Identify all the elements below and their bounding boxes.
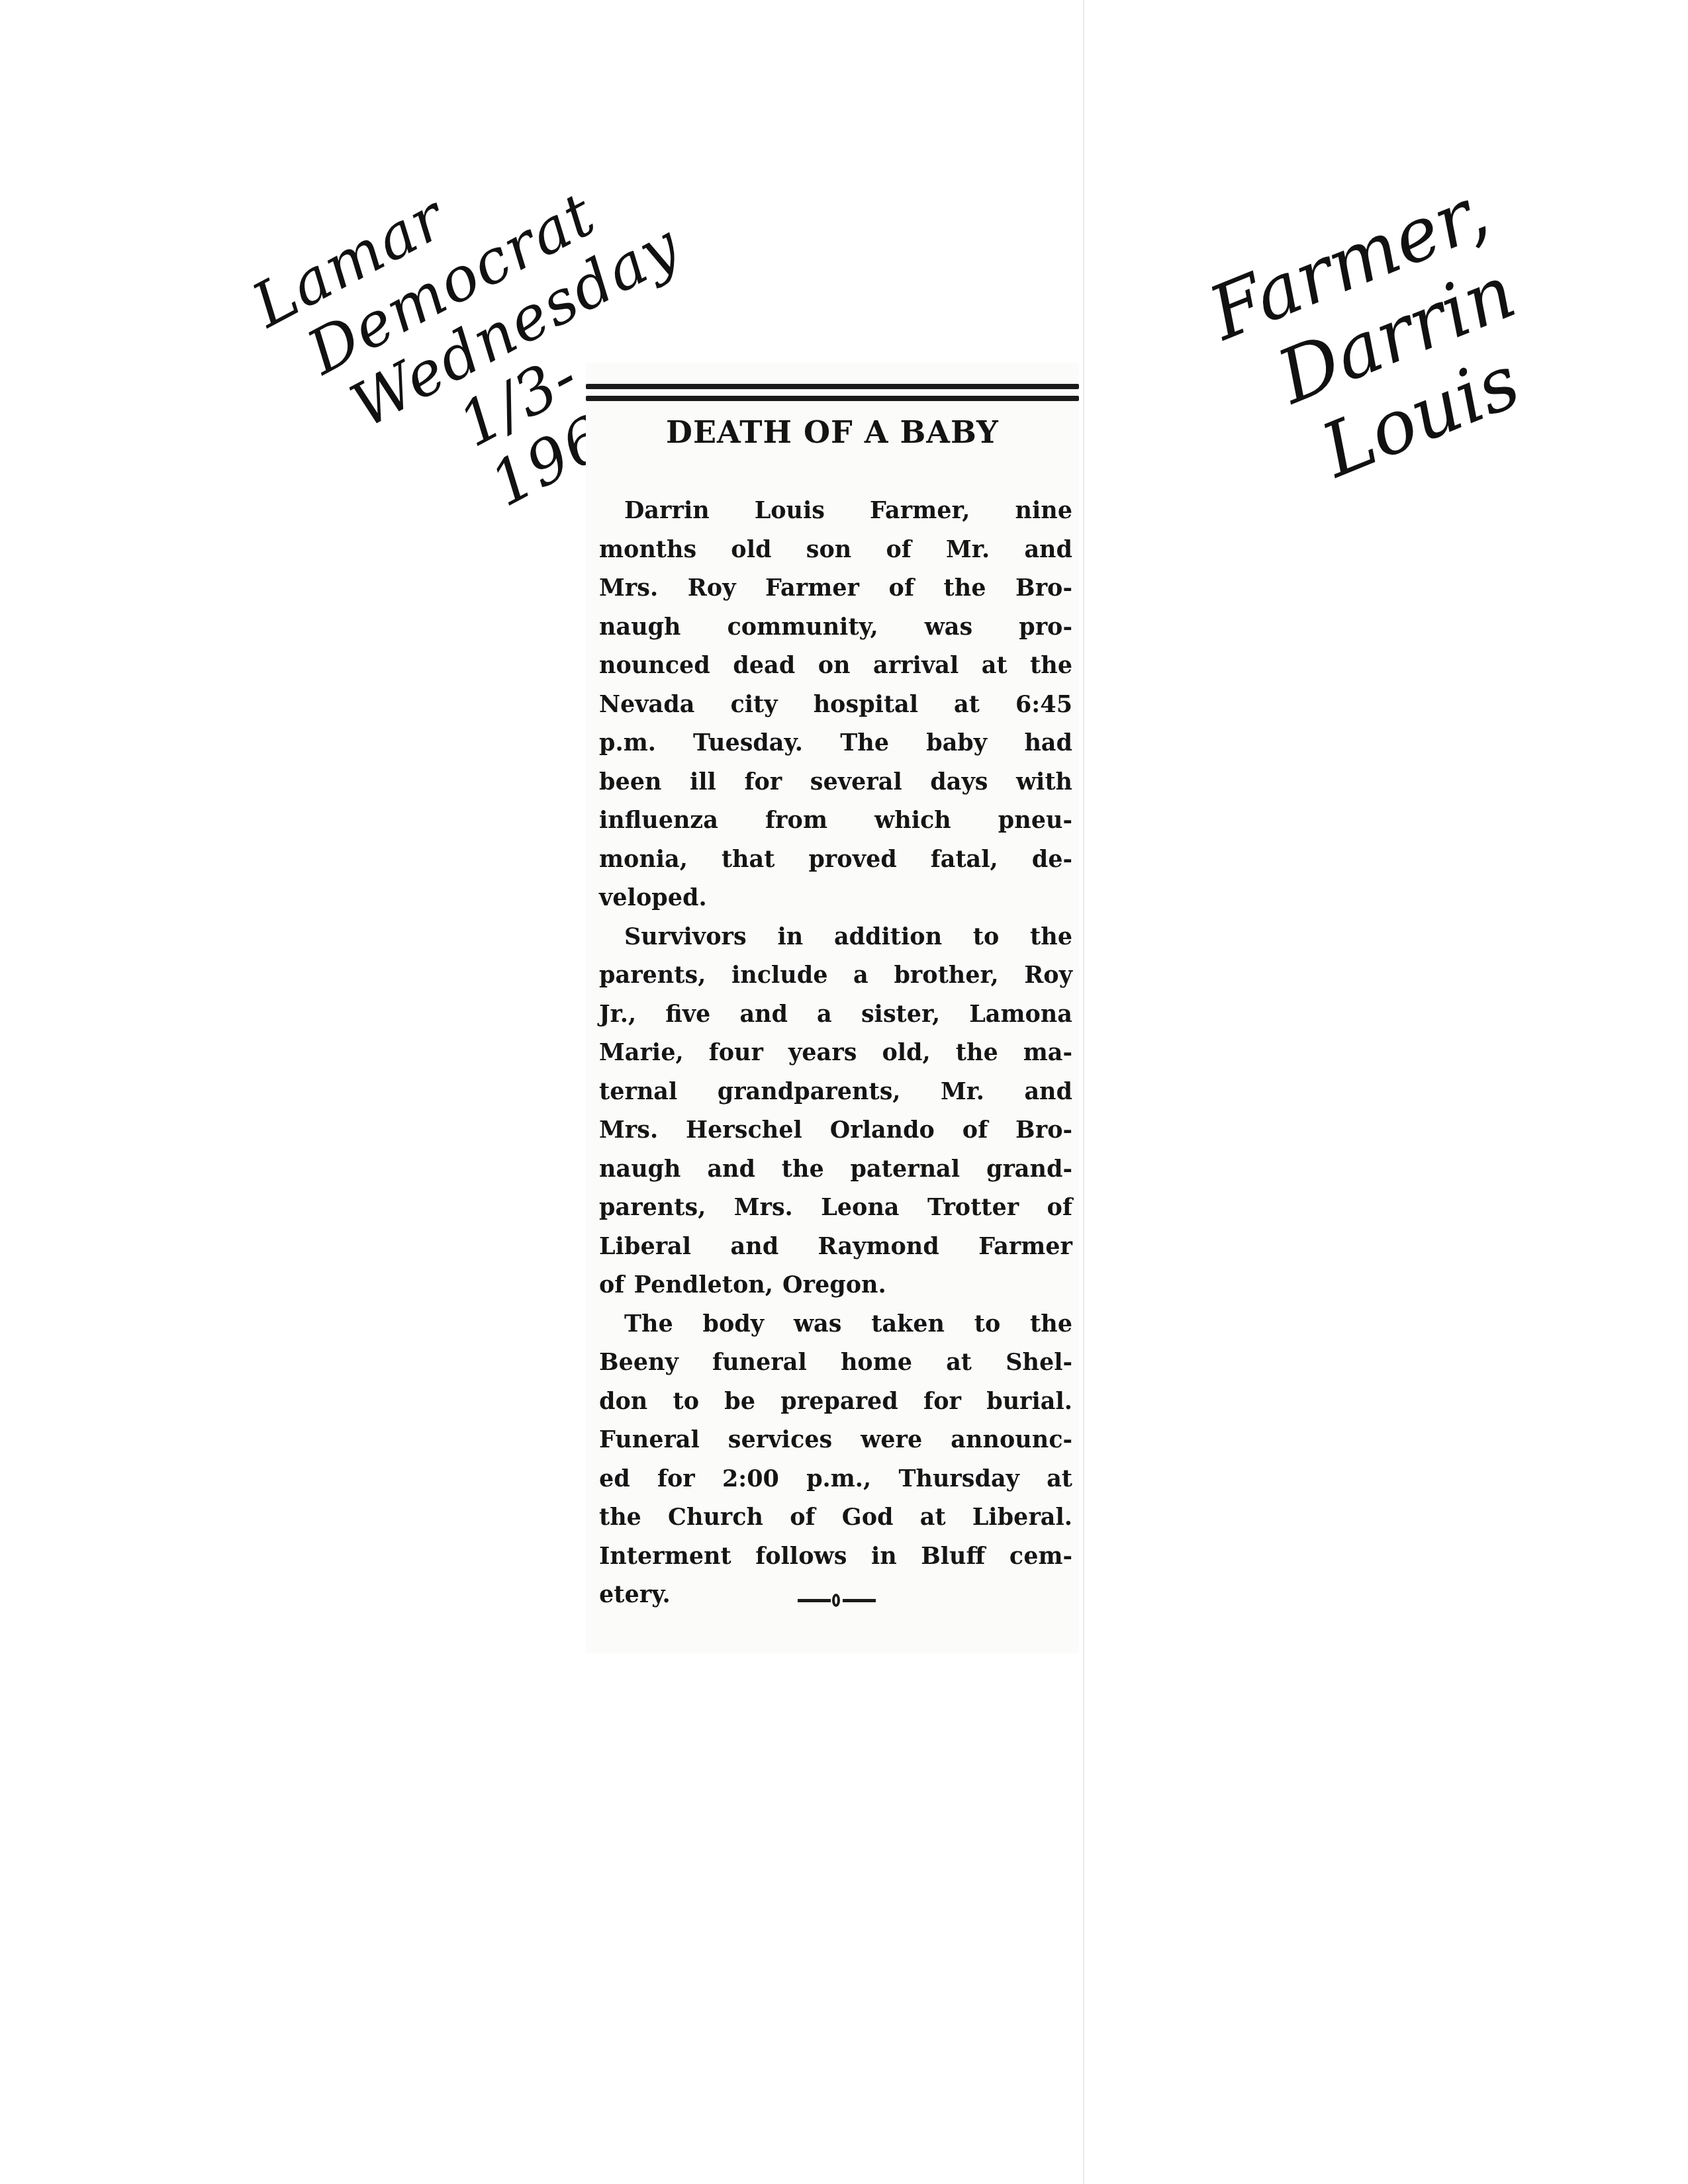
handwritten-source-note: Lamar Democrat Wednesday 1/3-1968 (199, 37, 633, 444)
article-line: Mrs. Herschel Orlando of Bro- (599, 1111, 1072, 1150)
article-body: Darrin Louis Farmer, ninemonths old son … (599, 492, 1072, 1615)
article-line: been ill for several days with (599, 763, 1072, 802)
rule-line (586, 396, 1079, 401)
article-line: don to be prepared for burial. (599, 1383, 1072, 1422)
article-line: Mrs. Roy Farmer of the Bro- (599, 569, 1072, 608)
article-line: Marie, four years old, the ma- (599, 1034, 1072, 1073)
article-line: parents, Mrs. Leona Trotter of (599, 1189, 1072, 1228)
scanned-page: Lamar Democrat Wednesday 1/3-1968 Farmer… (0, 0, 1688, 2184)
article-line: Liberal and Raymond Farmer (599, 1228, 1072, 1267)
article-line: Interment follows in Bluff cem- (599, 1537, 1072, 1576)
article-line: p.m. Tuesday. The baby had (599, 724, 1072, 763)
double-rule-divider (586, 384, 1079, 408)
article-line: Beeny funeral home at Shel- (599, 1343, 1072, 1383)
article-line: Nevada city hospital at 6:45 (599, 686, 1072, 725)
article-line: nounced dead on arrival at the (599, 647, 1072, 686)
rule-line (586, 384, 1079, 389)
scan-artifact-line (1083, 0, 1084, 2184)
handwritten-name-note: Farmer, Darrin Louis (1198, 149, 1613, 514)
article-line: Funeral services were announc- (599, 1421, 1072, 1460)
article-paragraph: The body was taken to theBeeny funeral h… (599, 1305, 1072, 1615)
article-line: Jr., five and a sister, Lamona (599, 995, 1072, 1034)
article-line: Survivors in addition to the (599, 918, 1072, 957)
end-of-article-ornament (798, 1594, 877, 1607)
article-line: veloped. (599, 879, 1072, 918)
article-line: monia, that proved fatal, de- (599, 841, 1072, 880)
article-line: Darrin Louis Farmer, nine (599, 492, 1072, 531)
article-line: ternal grandparents, Mr. and (599, 1073, 1072, 1112)
headline: DEATH OF A BABY (586, 414, 1079, 450)
article-paragraph: Darrin Louis Farmer, ninemonths old son … (599, 492, 1072, 918)
article-line: ed for 2:00 p.m., Thursday at (599, 1460, 1072, 1499)
article-line: influenza from which pneu- (599, 801, 1072, 841)
article-line: parents, include a brother, Roy (599, 956, 1072, 995)
article-line: the Church of God at Liberal. (599, 1498, 1072, 1537)
newspaper-clipping: DEATH OF A BABY Darrin Louis Farmer, nin… (586, 363, 1079, 1653)
article-line: months old son of Mr. and (599, 531, 1072, 570)
article-paragraph: Survivors in addition to theparents, inc… (599, 918, 1072, 1305)
article-line: naugh community, was pro- (599, 608, 1072, 647)
article-line: naugh and the paternal grand- (599, 1150, 1072, 1189)
article-line: The body was taken to the (599, 1305, 1072, 1344)
article-line: of Pendleton, Oregon. (599, 1266, 1072, 1305)
